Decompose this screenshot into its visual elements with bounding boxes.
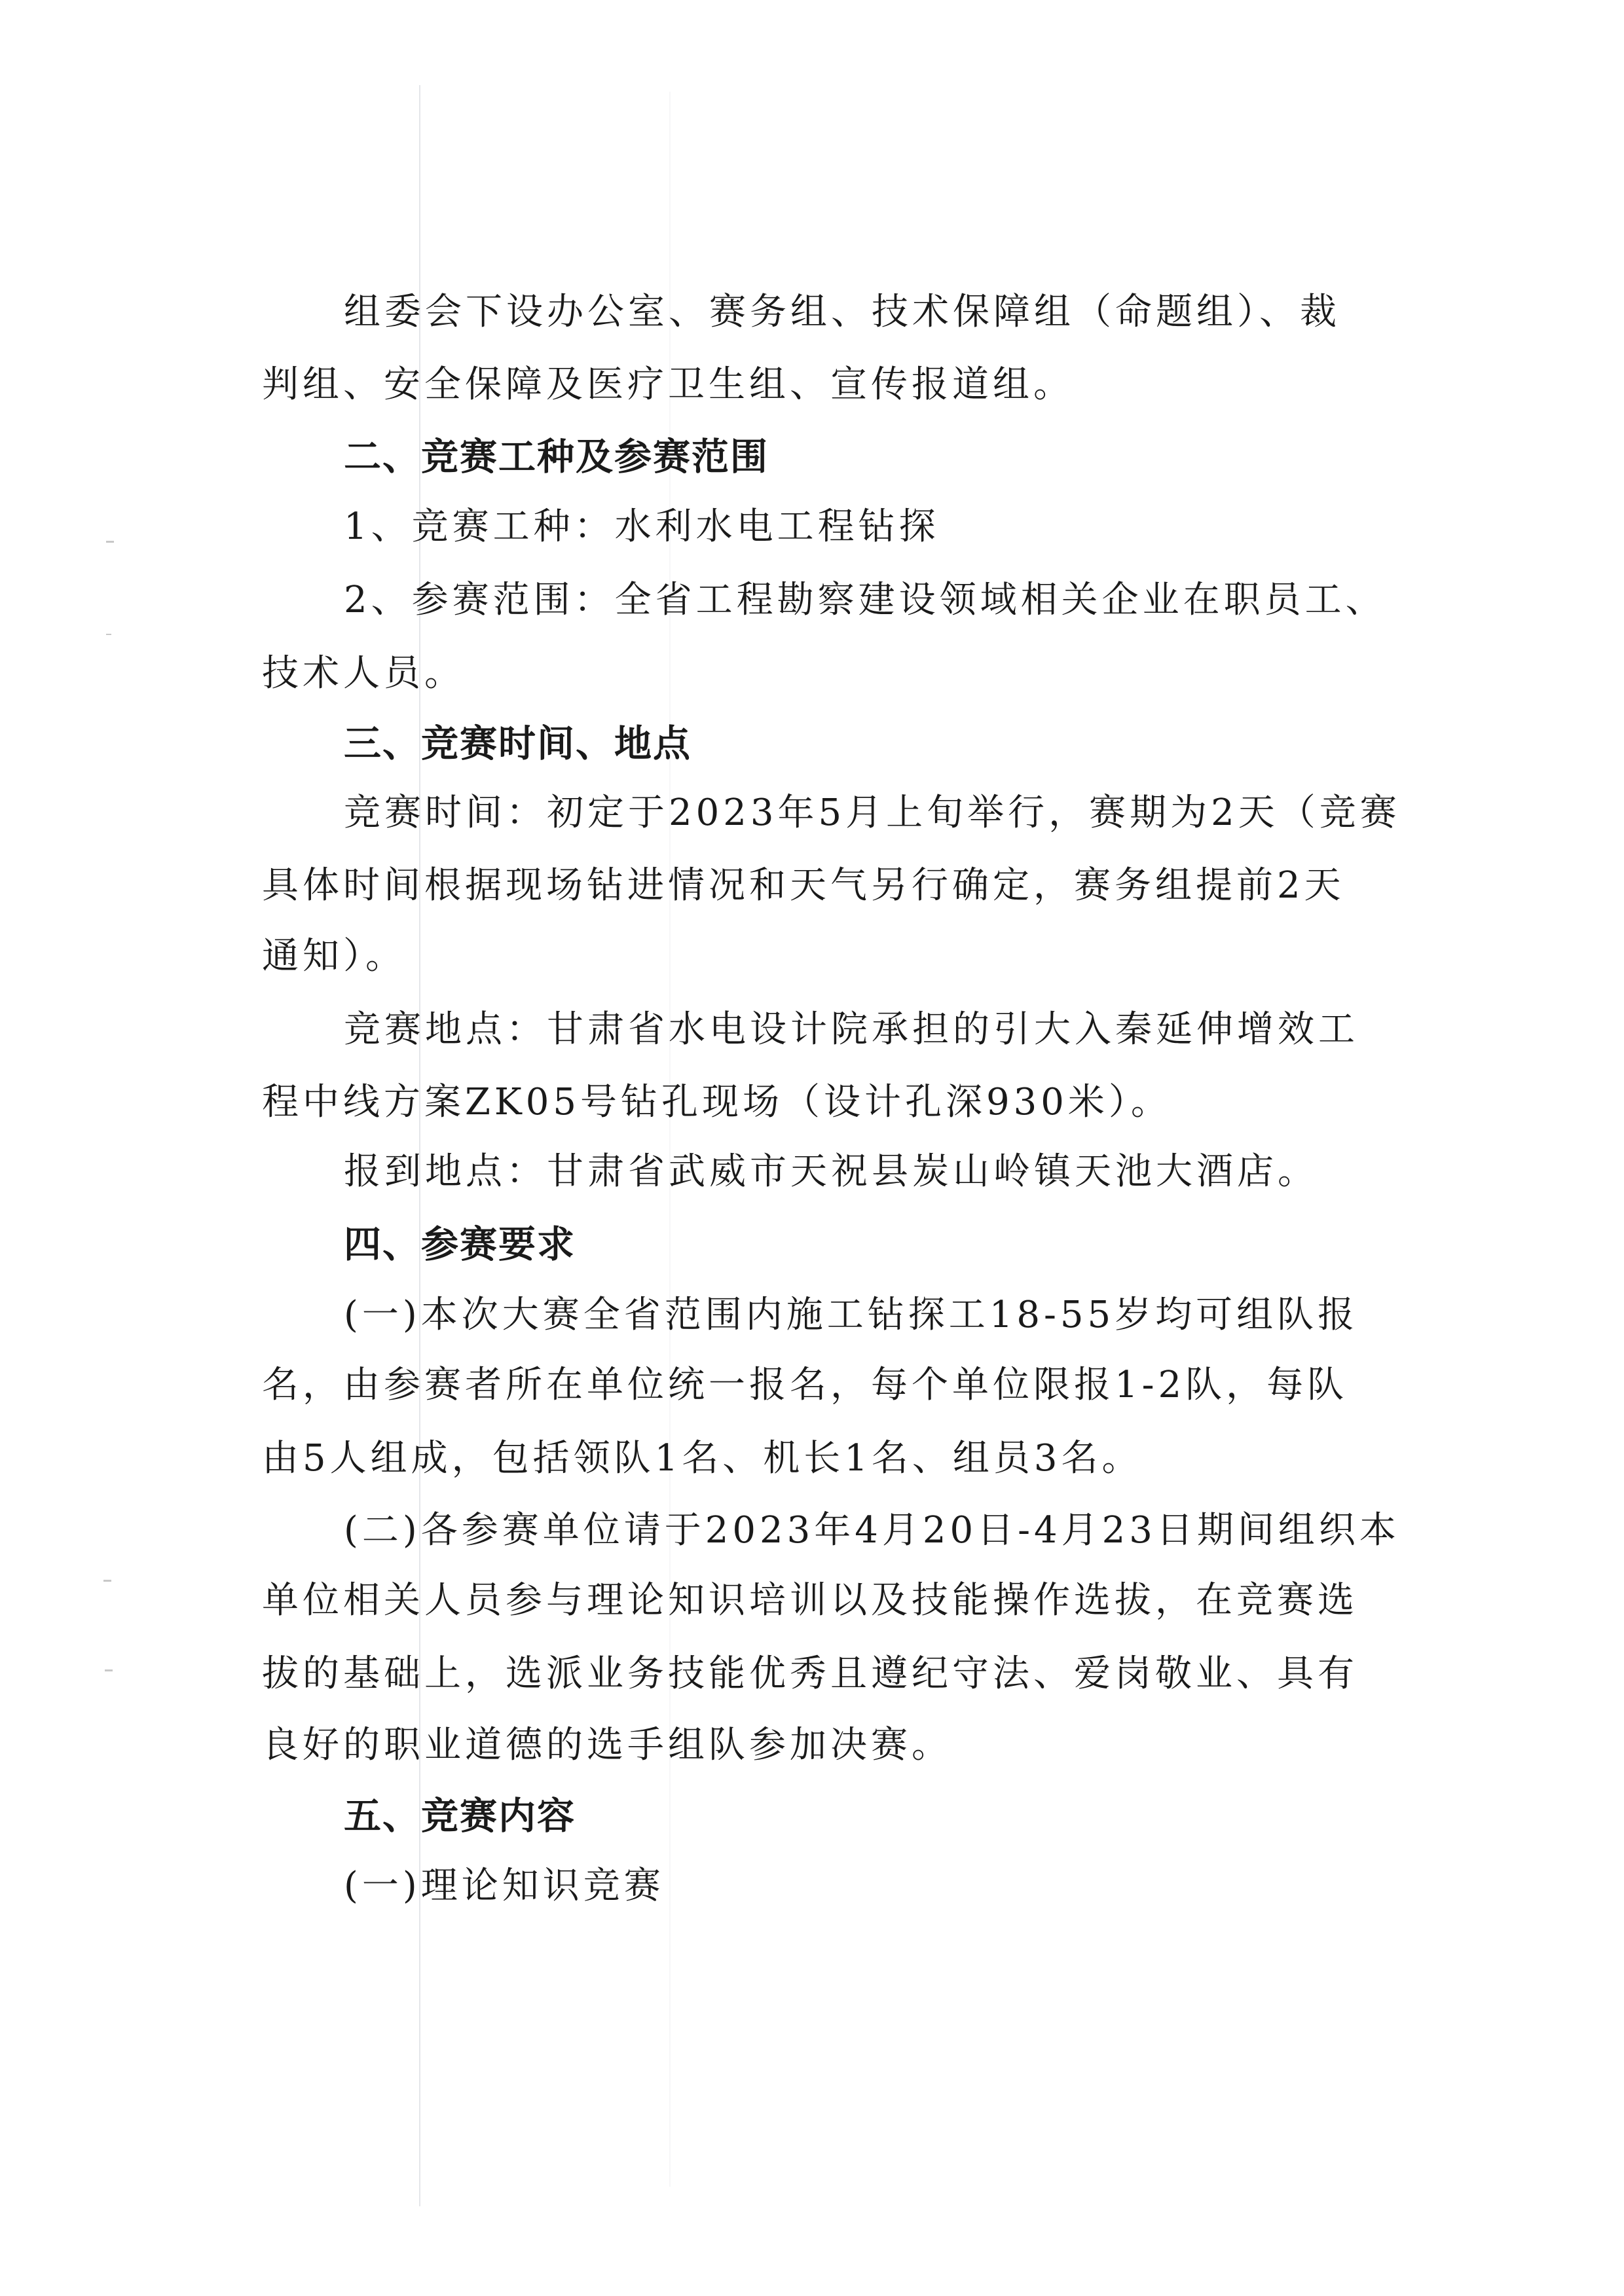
body-line: 名，由参赛者所在单位统一报名，每个单位限报1-2队，每队 xyxy=(262,1359,1348,1412)
body-line: 技术人员。 xyxy=(262,647,465,700)
section-heading: 五、竞赛内容 xyxy=(344,1790,576,1842)
section-heading: 四、参赛要求 xyxy=(344,1218,576,1271)
body-line: 判组、安全保障及医疗卫生组、宣传报道组。 xyxy=(262,359,1074,411)
body-line: 程中线方案ZK05号钻孔现场（设计孔深930米）。 xyxy=(262,1076,1172,1129)
body-line: 单位相关人员参与理论知识培训以及技能操作选拔，在竞赛选 xyxy=(262,1575,1358,1627)
body-line: 2、参赛范围：全省工程勘察建设领域相关企业在职员工、 xyxy=(344,574,1386,627)
section-heading: 二、竞赛工种及参赛范围 xyxy=(344,431,769,483)
body-line: 通知）。 xyxy=(262,930,406,983)
margin-mark xyxy=(106,634,111,635)
body-line: (二)各参赛单位请于2023年4月20日-4月23日期间组织本 xyxy=(344,1504,1400,1557)
body-line: 拔的基础上，选派业务技能优秀且遵纪守法、爱岗敬业、具有 xyxy=(262,1648,1358,1700)
body-line: 竞赛时间：初定于2023年5月上旬举行，赛期为2天（竞赛 xyxy=(344,787,1401,839)
margin-mark xyxy=(106,541,114,543)
body-line: 由5人组成，包括领队1名、机长1名、组员3名。 xyxy=(262,1432,1143,1485)
section-heading: 三、竞赛时间、地点 xyxy=(344,718,692,770)
body-line: 竞赛地点：甘肃省水电设计院承担的引大入秦延伸增效工 xyxy=(344,1004,1359,1056)
body-line: 报到地点：甘肃省武威市天祝县炭山岭镇天池大酒店。 xyxy=(344,1146,1318,1198)
margin-mark xyxy=(103,1580,111,1582)
body-line: (一)本次大赛全省范围内施工钻探工18-55岁均可组队报 xyxy=(344,1289,1358,1341)
margin-mark xyxy=(105,1669,113,1671)
body-line: 良好的职业道德的选手组队参加决赛。 xyxy=(262,1719,952,1772)
body-line: 具体时间根据现场钻进情况和天气另行确定，赛务组提前2天 xyxy=(262,860,1345,912)
subsection-heading: (一)理论知识竞赛 xyxy=(344,1860,665,1912)
body-line: 组委会下设办公室、赛务组、技术保障组（命题组）、裁 xyxy=(344,286,1340,338)
body-line: 1、竞赛工种：水利水电工程钻探 xyxy=(344,501,940,553)
document-page: 组委会下设办公室、赛务组、技术保障组（命题组）、裁 判组、安全保障及医疗卫生组、… xyxy=(0,0,1624,2296)
